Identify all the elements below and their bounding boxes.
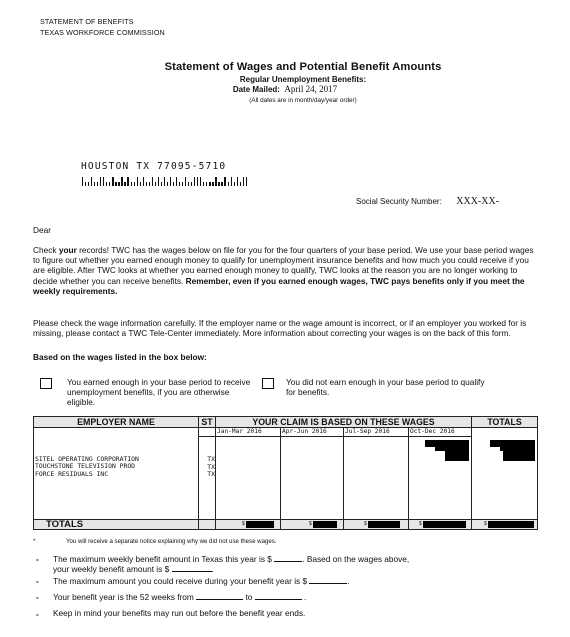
weekly-amount-blank xyxy=(172,564,212,572)
ssn-label: Social Security Number: xyxy=(356,197,442,206)
date-mailed-label: Date Mailed: xyxy=(233,85,280,94)
page-title: Statement of Wages and Potential Benefit… xyxy=(18,61,570,73)
weekly-max-text-end: . Based on the wages above, xyxy=(302,554,409,564)
totals-label: TOTALS xyxy=(34,520,199,530)
employer-cell: SITEL OPERATING CORPORATION TOUCHSTONE T… xyxy=(34,437,199,520)
intro-text-start: Check xyxy=(33,245,59,255)
benefit-year-text: Your benefit year is the 52 weeks from xyxy=(53,592,194,602)
wages-table: EMPLOYER NAME ST YOUR CLAIM IS BASED ON … xyxy=(33,416,538,530)
dollar-sign: $ xyxy=(484,521,487,527)
quarter-header-q1: Jan-Mar 2016 xyxy=(216,428,281,437)
state-codes: TX TX TX xyxy=(199,437,215,479)
quarter-header-row: Jan-Mar 2016 Apr-Jun 2016 Jul-Sep 2016 O… xyxy=(34,428,538,437)
col-header-totals: TOTALS xyxy=(472,417,538,428)
based-on-heading: Based on the wages listed in the box bel… xyxy=(33,352,538,362)
quarter-header-empty-st xyxy=(199,428,216,437)
bullet-dash: - xyxy=(36,592,39,602)
col-header-employer: EMPLOYER NAME xyxy=(34,417,199,428)
totals-state-empty xyxy=(199,520,216,530)
weekly-amount-text: your weekly benefit amount is $ xyxy=(53,564,169,574)
redaction-block xyxy=(445,451,469,461)
redaction-block xyxy=(313,521,337,528)
salutation: Dear xyxy=(33,225,538,235)
q2-cell xyxy=(281,437,344,520)
total-q2: $ xyxy=(281,520,344,530)
q3-cell xyxy=(344,437,409,520)
totals-cell xyxy=(472,437,538,520)
dollar-sign: $ xyxy=(364,521,367,527)
intro-paragraph: Check your records! TWC has the wages be… xyxy=(33,245,539,296)
state-cell: TX TX TX xyxy=(199,437,216,520)
dollar-sign: $ xyxy=(419,521,422,527)
header-line-statement: STATEMENT OF BENEFITS xyxy=(40,16,165,27)
bullet-weekly-benefit: The maximum weekly benefit amount in Tex… xyxy=(53,554,543,573)
redaction-block xyxy=(488,521,534,528)
weekly-max-blank xyxy=(274,554,302,562)
total-q3: $ xyxy=(344,520,409,530)
dollar-sign: $ xyxy=(309,521,312,527)
total-q4: $ xyxy=(409,520,472,530)
redaction-block xyxy=(490,440,535,447)
period: . xyxy=(347,576,349,586)
redaction-block xyxy=(368,521,400,528)
quarter-header-q2: Apr-Jun 2016 xyxy=(281,428,344,437)
header-agency: STATEMENT OF BENEFITS TEXAS WORKFORCE CO… xyxy=(40,16,165,38)
not-eligible-checkbox-label: You did not earn enough in your base per… xyxy=(286,377,496,397)
dollar-sign: $ xyxy=(242,521,245,527)
redaction-block xyxy=(246,521,274,528)
benefit-year-start-blank xyxy=(196,592,243,600)
max-amount-blank xyxy=(309,576,347,584)
q4-cell xyxy=(409,437,472,520)
table-header-row: EMPLOYER NAME ST YOUR CLAIM IS BASED ON … xyxy=(34,417,538,428)
col-header-state: ST xyxy=(199,417,216,428)
header-line-commission: TEXAS WORKFORCE COMMISSION xyxy=(40,27,165,38)
bullet-dash: - xyxy=(36,609,39,619)
bullet-max-amount: The maximum amount you could receive dur… xyxy=(53,576,350,586)
redaction-block xyxy=(503,451,535,461)
correction-paragraph: Please check the wage information carefu… xyxy=(33,318,539,338)
col-header-claim-wages: YOUR CLAIM IS BASED ON THESE WAGES xyxy=(216,417,472,428)
eligible-checkbox[interactable] xyxy=(40,378,52,389)
date-format-note: (All dates are in month/day/year order) xyxy=(18,97,570,104)
table-body-row: SITEL OPERATING CORPORATION TOUCHSTONE T… xyxy=(34,437,538,520)
ssn-block: Social Security Number: XXX-XX- xyxy=(356,191,499,209)
quarter-header-empty xyxy=(34,428,199,437)
benefit-year-end-blank xyxy=(255,592,302,600)
benefit-year-to: to xyxy=(245,592,252,602)
totals-row: TOTALS $ $ $ $ $ xyxy=(34,520,538,530)
bullet-benefit-year: Your benefit year is the 52 weeks from t… xyxy=(53,592,306,602)
quarter-header-empty-totals xyxy=(472,428,538,437)
redaction-block xyxy=(425,440,469,447)
ssn-value: XXX-XX- xyxy=(456,196,499,207)
quarter-header-q4: Oct-Dec 2016 xyxy=(409,428,472,437)
intro-text-emphasis: your xyxy=(59,245,77,255)
weekly-max-text: The maximum weekly benefit amount in Tex… xyxy=(53,554,272,564)
redaction-block xyxy=(423,521,466,528)
period: . xyxy=(212,564,214,574)
bullet-benefits-may-run-out: Keep in mind your benefits may run out b… xyxy=(53,609,305,618)
employer-names: SITEL OPERATING CORPORATION TOUCHSTONE T… xyxy=(34,437,198,479)
max-amount-text: The maximum amount you could receive dur… xyxy=(53,576,307,586)
footnote-marker: * xyxy=(33,538,35,545)
bullet-dash: - xyxy=(36,576,39,586)
date-mailed: Date Mailed: April 24, 2017 xyxy=(0,84,570,94)
eligible-checkbox-label: You earned enough in your base period to… xyxy=(67,377,257,408)
page-subtitle: Regular Unemployment Benefits: xyxy=(18,75,570,84)
quarter-header-q3: Jul-Sep 2016 xyxy=(344,428,409,437)
total-all: $ xyxy=(472,520,538,530)
address-city-line: HOUSTON TX 77095-5710 xyxy=(81,161,226,172)
not-eligible-checkbox[interactable] xyxy=(262,378,274,389)
date-mailed-value: April 24, 2017 xyxy=(284,84,337,94)
bullet-dash: - xyxy=(36,554,39,564)
total-q1: $ xyxy=(216,520,281,530)
q1-cell xyxy=(216,437,281,520)
postal-barcode-icon xyxy=(82,177,249,186)
footnote-text: You will receive a separate notice expla… xyxy=(66,538,276,545)
period: . xyxy=(304,592,306,602)
